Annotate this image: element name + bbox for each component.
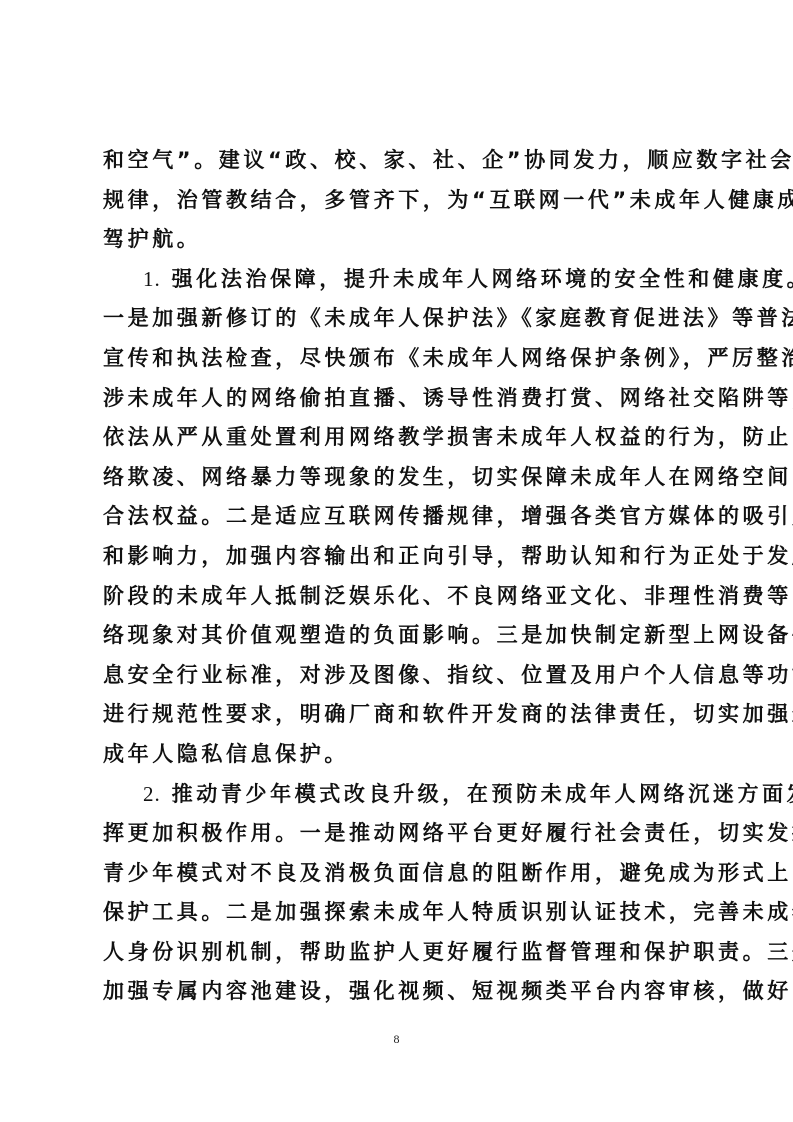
text-line: 络现象对其价值观塑造的负面影响。三是加快制定新型上网设备信	[103, 616, 693, 656]
section-heading-2: 2. 推动青少年模式改良升级，在预防未成年人网络沉迷方面发	[103, 775, 693, 815]
document-page: 和空气”。建议“政、校、家、社、企”协同发力，顺应数字社会发展 规律，治管教结合…	[0, 0, 793, 1122]
text-line: 青少年模式对不良及消极负面信息的阻断作用，避免成为形式上的	[103, 854, 693, 894]
text-line: 合法权益。二是适应互联网传播规律，增强各类官方媒体的吸引力	[103, 497, 693, 537]
section-number: 1.	[143, 267, 161, 291]
text-line: 和空气”。建议“政、校、家、社、企”协同发力，顺应数字社会发展	[103, 141, 693, 181]
text-line: 人身份识别机制，帮助监护人更好履行监督管理和保护职责。三是	[103, 933, 693, 973]
body-text: 和空气”。建议“政、校、家、社、企”协同发力，顺应数字社会发展 规律，治管教结合…	[103, 141, 693, 1012]
text-line: 宣传和执法检查，尽快颁布《未成年人网络保护条例》，严厉整治	[103, 339, 693, 379]
text-line: 保护工具。二是加强探索未成年人特质识别认证技术，完善未成年	[103, 893, 693, 933]
text-line: 进行规范性要求，明确厂商和软件开发商的法律责任，切实加强未	[103, 695, 693, 735]
section-heading-1: 1. 强化法治保障，提升未成年人网络环境的安全性和健康度。	[103, 260, 693, 300]
text-line: 阶段的未成年人抵制泛娱乐化、不良网络亚文化、非理性消费等网	[103, 577, 693, 617]
text-line: 规律，治管教结合，多管齐下，为“互联网一代”未成年人健康成长保	[103, 181, 693, 221]
text-line: 和影响力，加强内容输出和正向引导，帮助认知和行为正处于发展	[103, 537, 693, 577]
text-line: 挥更加积极作用。一是推动网络平台更好履行社会责任，切实发挥	[103, 814, 693, 854]
section-heading-text: 推动青少年模式改良升级，在预防未成年人网络沉迷方面发	[172, 782, 793, 806]
section-number: 2.	[143, 782, 161, 806]
text-line: 息安全行业标准，对涉及图像、指纹、位置及用户个人信息等功能	[103, 656, 693, 696]
section-heading-text: 强化法治保障，提升未成年人网络环境的安全性和健康度。	[172, 267, 793, 291]
text-line: 一是加强新修订的《未成年人保护法》《家庭教育促进法》等普法	[103, 299, 693, 339]
text-line: 驾护航。	[103, 220, 693, 260]
text-line: 成年人隐私信息保护。	[103, 735, 693, 775]
text-line: 依法从严从重处置利用网络教学损害未成年人权益的行为，防止网	[103, 418, 693, 458]
text-line: 络欺凌、网络暴力等现象的发生，切实保障未成年人在网络空间的	[103, 458, 693, 498]
text-line: 加强专属内容池建设，强化视频、短视频类平台内容审核，做好内	[103, 972, 693, 1012]
page-number: 8	[0, 1032, 793, 1047]
text-line: 涉未成年人的网络偷拍直播、诱导性消费打赏、网络社交陷阱等，	[103, 379, 693, 419]
